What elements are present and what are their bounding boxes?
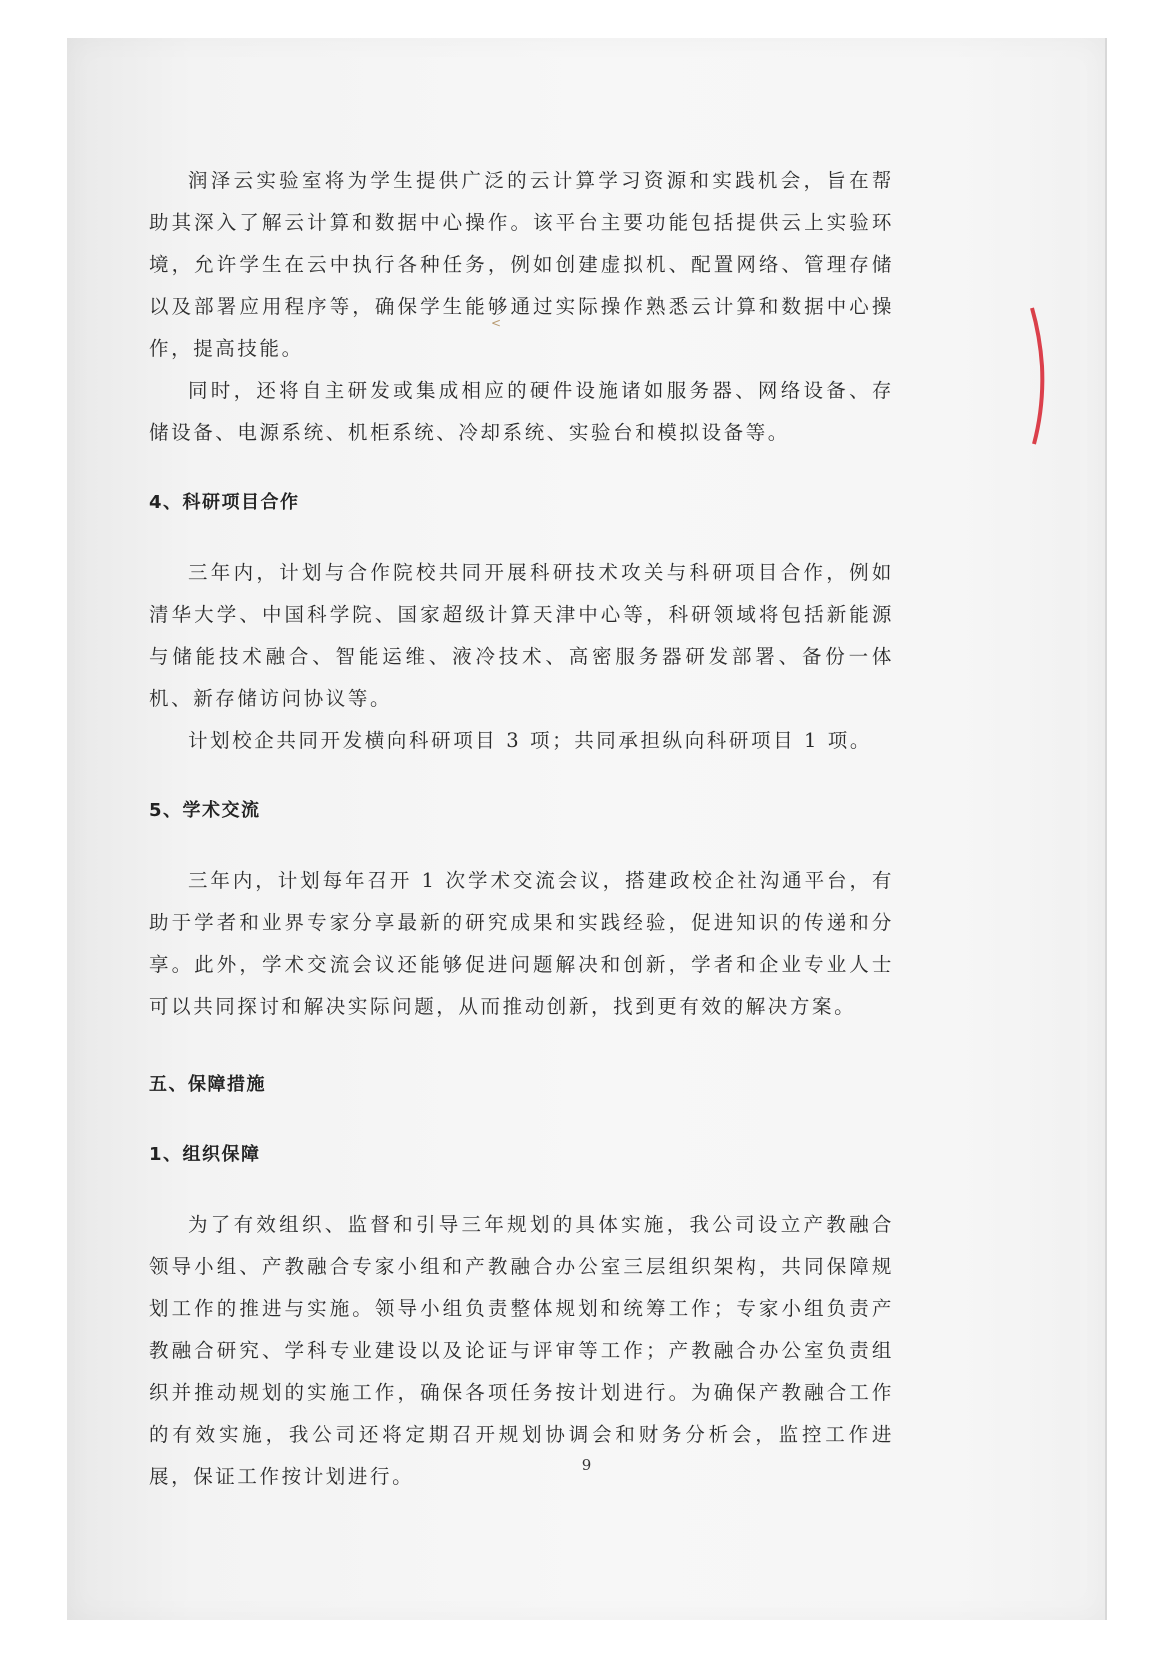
paragraph-hardware: 同时，还将自主研发或集成相应的硬件设施诸如服务器、网络设备、存储设备、电源系统、… — [149, 370, 894, 454]
heading-academic-exchange: 5、学术交流 — [149, 790, 894, 832]
heading-organizational-guarantee: 1、组织保障 — [149, 1134, 894, 1176]
page-number: 9 — [67, 1456, 1106, 1474]
paragraph-cloud-lab: 润泽云实验室将为学生提供广泛的云计算学习资源和实践机会，旨在帮助其深入了解云计算… — [149, 160, 894, 370]
document-body: 润泽云实验室将为学生提供广泛的云计算学习资源和实践机会，旨在帮助其深入了解云计算… — [149, 160, 894, 1498]
heading-research-cooperation: 4、科研项目合作 — [149, 482, 894, 524]
paragraph-research-projects: 计划校企共同开发横向科研项目 3 项；共同承担纵向科研项目 1 项。 — [149, 720, 894, 762]
scanned-page: < 润泽云实验室将为学生提供广泛的云计算学习资源和实践机会，旨在帮助其深入了解云… — [67, 38, 1106, 1620]
page-edge — [1105, 38, 1107, 1620]
paragraph-research-cooperation: 三年内，计划与合作院校共同开展科研技术攻关与科研项目合作，例如清华大学、中国科学… — [149, 552, 894, 720]
red-seal-fragment-icon — [1030, 306, 1048, 446]
paragraph-organizational-guarantee: 为了有效组织、监督和引导三年规划的具体实施，我公司设立产教融合领导小组、产教融合… — [149, 1204, 894, 1498]
heading-safeguard-measures: 五、保障措施 — [149, 1064, 894, 1106]
paragraph-academic-exchange: 三年内，计划每年召开 1 次学术交流会议，搭建政校企社沟通平台，有助于学者和业界… — [149, 860, 894, 1028]
